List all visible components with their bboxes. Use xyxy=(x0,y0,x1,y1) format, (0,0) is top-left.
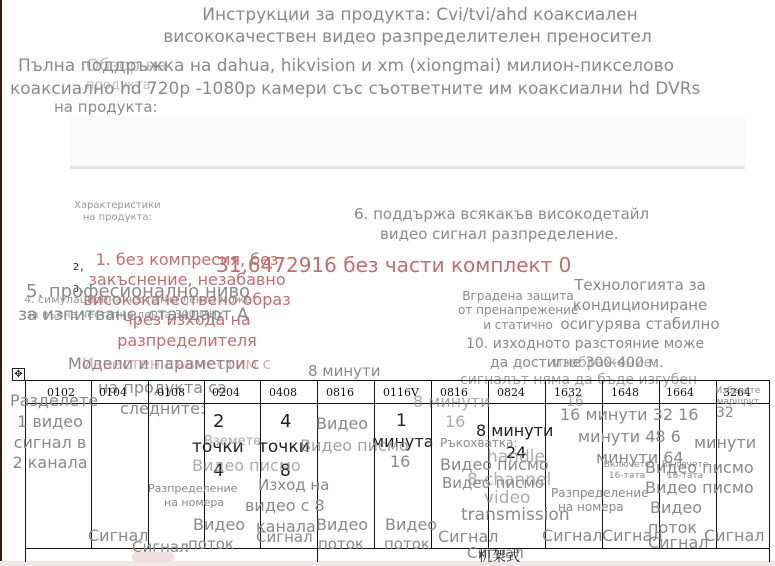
eight-minutes: 8 минути xyxy=(308,362,381,380)
faded-band xyxy=(70,115,745,170)
on-product-label: на продукта: xyxy=(54,98,158,116)
cell-0116-stream: поток xyxy=(384,535,430,553)
cell-0204-top: 2 xyxy=(213,411,224,433)
cell-1648: минути 48 6 xyxy=(578,427,681,446)
cell-signal: Сигнал xyxy=(542,526,602,545)
cell-0816-video: Видео xyxy=(316,414,368,433)
title-line-2: висококачествен видео разпределителен пр… xyxy=(0,27,775,47)
cell-1632-distribution: Разпределение xyxy=(551,486,649,500)
feature-6-line-2: видео сигнал разпределение. xyxy=(380,225,619,243)
feature-4-line-2: за вълна честотна лента 300 MHz xyxy=(26,308,223,321)
col-header: 1648 xyxy=(611,386,639,399)
cell-signal: Сигнал xyxy=(256,528,313,546)
cell-1664-video-letter: Видео писмо xyxy=(645,458,754,477)
cell-0816-video-letter: Видео писмо xyxy=(300,436,409,455)
cell-0816-sixteen: 16 xyxy=(445,412,465,431)
cell-3264-mid: минути xyxy=(694,433,756,452)
col-header: 1664 xyxy=(666,386,694,399)
compat-overlay: Известен съвместим с xyxy=(82,354,271,373)
distance-line-1: 10. изходното разстояние може xyxy=(466,336,704,353)
cell-0408-top: 4 xyxy=(280,411,291,433)
col-header: 0104 xyxy=(99,386,127,399)
table-move-icon[interactable]: ✥ xyxy=(12,368,25,381)
cell-0116-top: 1 xyxy=(396,411,407,431)
cell-stream: поток xyxy=(188,535,234,553)
cell-output: Изход на xyxy=(258,476,329,494)
faded-rule xyxy=(70,166,745,169)
conditioning-tech: Технологията за кондициониране осигурява… xyxy=(555,276,725,335)
col-header: 0108 xyxy=(157,386,185,399)
feature-6-line-1: 6. поддържа всякакъв високодетайл xyxy=(354,205,649,223)
rack-label: 机架式 xyxy=(478,549,520,566)
cell-0816-video-2: Видео xyxy=(316,515,368,534)
col-header: 0816 xyxy=(326,386,354,399)
col-header: 0204 xyxy=(212,386,240,399)
feature-4-line-1: 4. симулационна честотна лента може xyxy=(24,293,251,306)
col-header: 0408 xyxy=(269,386,297,399)
cell-0116-video: Видео xyxy=(385,515,437,534)
cell-0816-stream: поток xyxy=(318,535,364,553)
cell-by-number: на номера xyxy=(164,496,224,509)
cell-distribution: Разпределение xyxy=(148,482,237,495)
overlay-overview: Обзор на xyxy=(86,56,167,76)
cell-video: Видео xyxy=(193,515,245,534)
cell-signal: Сигнал xyxy=(704,526,764,545)
cell-video-with: видео с 8 xyxy=(245,496,325,515)
cell-transmission: transmission xyxy=(461,505,570,525)
cell-signal: Сигнал xyxy=(648,533,708,552)
cell-3264-route: Изберете маршрут xyxy=(713,386,763,408)
cell-1632-shown: 16 xyxy=(566,394,584,411)
overlay-product: продукта: xyxy=(86,78,155,94)
features-label: Характеристики на продукта: xyxy=(74,200,161,224)
cell-1664-video-letter-2: Видео писмо xyxy=(645,478,754,497)
cell-video-letter: Видео писмо xyxy=(192,456,301,475)
cell-0816-eight: 8 минути xyxy=(413,392,490,411)
cell-1664-video: Видео xyxy=(650,498,702,517)
price-line: 31,6472916 без части комплект 0 xyxy=(216,253,571,277)
title-line-1: Инструкции за продукта: Cvi/tvi/ahd коак… xyxy=(0,5,775,25)
cell-take: Вземете xyxy=(204,434,261,450)
marker-2: 2, xyxy=(73,262,85,274)
page-left-edge xyxy=(0,0,2,566)
split-signal-text: Разделете 1 видео сигнал в 2 канала xyxy=(10,391,90,474)
col-header: 0824 xyxy=(497,386,525,399)
cell-1632-by-number: на номера xyxy=(558,500,624,514)
tech-line-5: изображение. xyxy=(553,355,657,372)
smudge-graphic xyxy=(132,552,174,562)
